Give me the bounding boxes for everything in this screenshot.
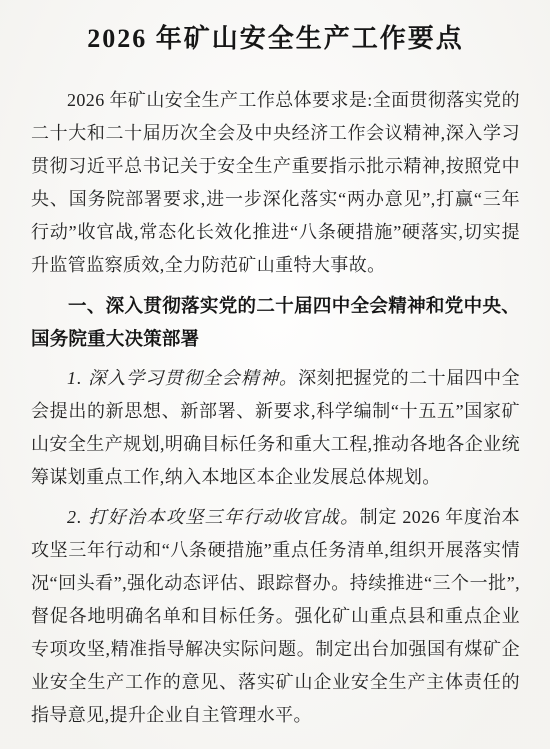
item-2-body-text: 制定 2026 年度治本攻坚三年行动和“八条硬措施”重点任务清单,组织开展落实情… — [31, 507, 520, 725]
item-1-lead-sentence: 1. 深入学习贯彻全会精神。 — [67, 368, 298, 388]
intro-paragraph: 2026 年矿山安全生产工作总体要求是:全面贯彻落实党的二十大和二十届历次全会及… — [31, 84, 520, 282]
item-2-paragraph: 2. 打好治本攻坚三年行动收官战。制定 2026 年度治本攻坚三年行动和“八条硬… — [31, 501, 520, 732]
document-page: 2026 年矿山安全生产工作要点 2026 年矿山安全生产工作总体要求是:全面贯… — [0, 0, 550, 749]
section-1-heading: 一、深入贯彻落实党的二十届四中全会精神和党中央、国务院重大决策部署 — [31, 289, 520, 355]
item-2-lead-sentence: 2. 打好治本攻坚三年行动收官战。 — [67, 507, 360, 527]
document-title: 2026 年矿山安全生产工作要点 — [31, 20, 520, 58]
item-1-paragraph: 1. 深入学习贯彻全会精神。深刻把握党的二十届四中全会提出的新思想、新部署、新要… — [31, 362, 520, 494]
